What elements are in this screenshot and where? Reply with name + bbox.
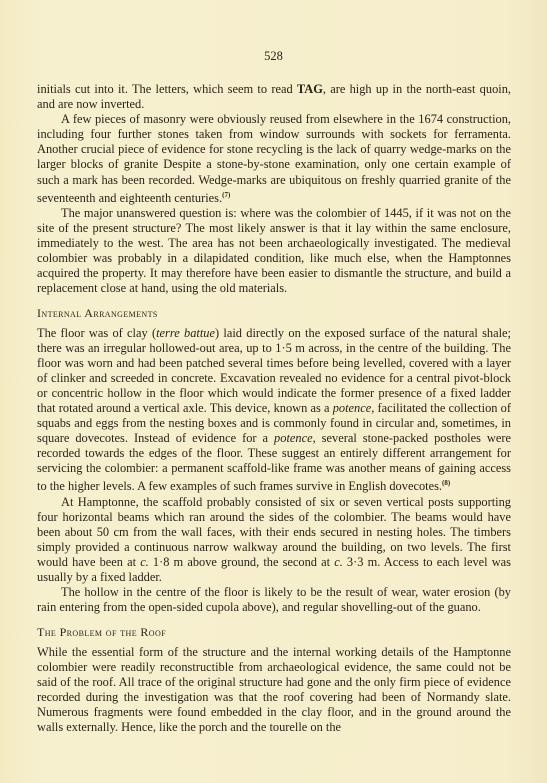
paragraph: At Hamptonne, the scaffold probably cons… — [37, 495, 511, 586]
section-heading: Internal Arrangements — [37, 306, 511, 321]
text-run: The hollow in the centre of the floor is… — [37, 585, 511, 614]
paragraph: While the essential form of the structur… — [37, 645, 511, 736]
footnote-ref: (7) — [222, 191, 230, 199]
text-run: initials cut into it. The letters, which… — [37, 82, 297, 96]
italic-term: c. — [140, 555, 149, 569]
text-run: 1·8 m above ground, the second at — [149, 555, 334, 569]
text-run: The major unanswered question is: where … — [37, 206, 511, 295]
text-run: A few pieces of masonry were obviously r… — [37, 112, 511, 205]
paragraph: The major unanswered question is: where … — [37, 206, 511, 297]
paragraph: A few pieces of masonry were obviously r… — [37, 112, 511, 206]
footnote-ref: (8) — [442, 479, 450, 487]
body-text: initials cut into it. The letters, which… — [37, 82, 511, 735]
italic-term: potence — [274, 431, 313, 445]
paragraph: The floor was of clay (terre battue) lai… — [37, 326, 511, 495]
inscription-tag: TAG — [297, 82, 323, 96]
text-run: The floor was of clay ( — [37, 326, 156, 340]
section-heading: The Problem of the Roof — [37, 625, 511, 640]
text-run: While the essential form of the structur… — [37, 645, 511, 734]
paragraph: initials cut into it. The letters, which… — [37, 82, 511, 112]
page-number: 528 — [0, 49, 547, 64]
italic-term: c. — [334, 555, 343, 569]
italic-term: potence — [333, 401, 372, 415]
paragraph: The hollow in the centre of the floor is… — [37, 585, 511, 615]
italic-term: terre battue — [156, 326, 215, 340]
scanned-page: 528 initials cut into it. The letters, w… — [0, 0, 547, 783]
